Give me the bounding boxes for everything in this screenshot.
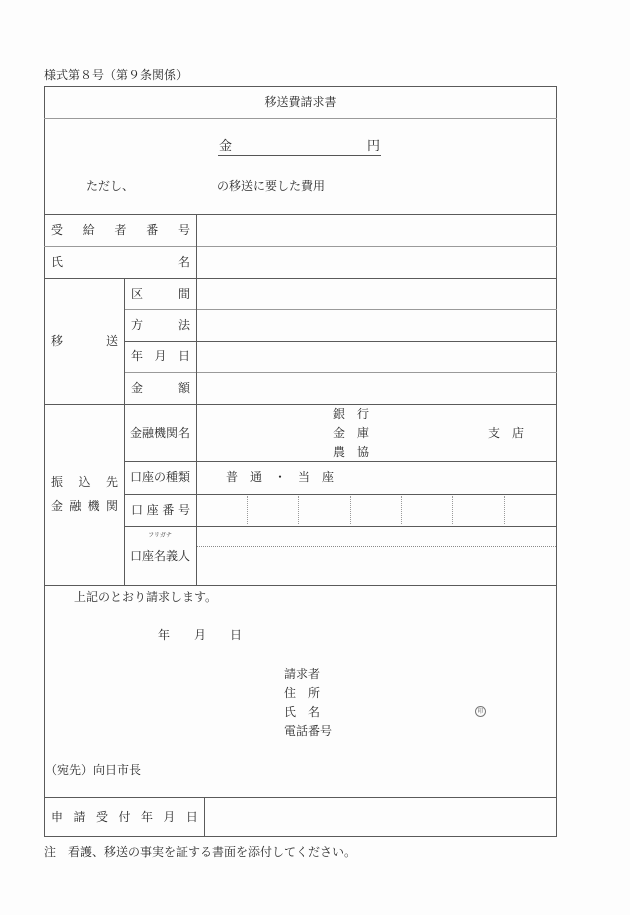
- divider: [44, 118, 557, 119]
- furigana-divider: [196, 546, 556, 547]
- divider: [124, 341, 557, 342]
- label-char: 機: [88, 500, 100, 512]
- label-char: 込: [78, 476, 90, 488]
- claimant-name-label: 氏 名: [284, 706, 320, 718]
- divider: [44, 404, 557, 405]
- method-field[interactable]: [198, 311, 555, 340]
- transport-date-label: 年 月 日: [131, 350, 190, 362]
- label-char: 名: [178, 256, 190, 268]
- label-char: 移: [51, 335, 63, 347]
- label-char: 間: [178, 288, 190, 300]
- label-char: 者: [114, 224, 126, 236]
- label-char: 号: [178, 224, 190, 236]
- phone-field[interactable]: [340, 722, 540, 739]
- institution-type-nokyo: 農 協: [333, 446, 369, 458]
- section-label: 区 間: [131, 288, 190, 300]
- account-holder-furigana-field[interactable]: [198, 528, 555, 545]
- label-char: 給: [83, 224, 95, 236]
- column-divider: [204, 797, 205, 836]
- divider: [124, 494, 557, 495]
- label-char: 月: [154, 350, 166, 362]
- purpose-input[interactable]: [130, 176, 215, 194]
- label-char: 金: [131, 382, 143, 394]
- receipt-date-label: 申 請 受 付 年 月 日: [51, 811, 198, 823]
- table-border-bottom: [44, 836, 557, 837]
- label-char: 区: [131, 288, 143, 300]
- label-char: 申: [51, 811, 63, 823]
- divider: [44, 214, 557, 215]
- name-label: 氏 名: [51, 256, 190, 268]
- account-number-label: 口 座 番 号: [131, 504, 190, 516]
- label-char: 受: [51, 224, 63, 236]
- divider: [44, 278, 557, 279]
- divider: [44, 86, 557, 87]
- label-char: 金: [51, 500, 63, 512]
- label-char: 方: [131, 319, 143, 331]
- label-char: 座: [147, 504, 159, 516]
- account-holder-label: 口座名義人: [130, 550, 190, 562]
- name-field[interactable]: [198, 248, 555, 277]
- divider: [44, 797, 557, 798]
- label-char: 氏: [51, 256, 63, 268]
- amount-field[interactable]: [218, 140, 381, 156]
- label-char: 振: [51, 476, 63, 488]
- divider: [124, 526, 557, 527]
- label-char: 年: [141, 811, 153, 823]
- divider: [124, 309, 557, 310]
- label-char: 月: [163, 811, 175, 823]
- claimant-name-field[interactable]: [330, 703, 470, 720]
- label-char: 融: [69, 500, 81, 512]
- label-char: 日: [178, 350, 190, 362]
- bank-label-line1: 振 込 先: [51, 476, 118, 488]
- form-number: 様式第８号（第９条関係）: [44, 69, 188, 81]
- institution-type-bank: 銀 行: [333, 408, 369, 420]
- transport-amount-label: 金 額: [131, 382, 190, 394]
- column-divider: [196, 214, 197, 585]
- recipient-number-label: 受 給 者 番 号: [51, 224, 190, 236]
- label-char: 額: [178, 382, 190, 394]
- label-char: 番: [146, 224, 158, 236]
- claimant-label: 請求者: [284, 668, 320, 680]
- footnote: 注 看護、移送の事実を証する書面を添付してください。: [44, 846, 356, 858]
- addressee: （宛先）向日市長: [45, 764, 141, 776]
- declaration-month: 月: [194, 629, 206, 641]
- seal-icon: 印: [475, 706, 486, 717]
- label-char: 送: [106, 335, 118, 347]
- receipt-date-field[interactable]: [206, 799, 555, 835]
- label-char: 関: [106, 500, 118, 512]
- table-border-left: [44, 86, 45, 836]
- label-char: 受: [96, 811, 108, 823]
- section-field[interactable]: [198, 280, 555, 308]
- label-char: 先: [106, 476, 118, 488]
- declaration-year: 年: [158, 629, 170, 641]
- label-char: 付: [118, 811, 130, 823]
- branch-label: 支 店: [488, 427, 524, 439]
- purpose-suffix: の移送に要した費用: [217, 180, 325, 192]
- transport-amount-field[interactable]: [198, 374, 555, 403]
- declaration-day: 日: [230, 629, 242, 641]
- amount-prefix: 金: [219, 140, 232, 153]
- divider: [44, 246, 557, 247]
- phone-label: 電話番号: [284, 725, 332, 737]
- label-char: 口: [131, 504, 143, 516]
- purpose-prefix: ただし、: [86, 180, 134, 192]
- form-title: 移送費請求書: [44, 96, 557, 108]
- furigana-label: フリガナ: [124, 533, 196, 539]
- label-char: 番: [162, 504, 174, 516]
- label-char: 年: [131, 350, 143, 362]
- institution-type-shinkin: 金 庫: [333, 427, 369, 439]
- account-type-label: 口座の種類: [130, 471, 190, 483]
- declaration-statement: 上記のとおり請求します。: [74, 591, 217, 603]
- address-label: 住 所: [284, 687, 320, 699]
- transport-date-field[interactable]: [198, 343, 555, 371]
- label-char: 号: [178, 504, 190, 516]
- amount-suffix: 円: [367, 140, 380, 153]
- divider: [124, 461, 557, 462]
- address-field[interactable]: [330, 684, 530, 701]
- divider: [44, 585, 557, 586]
- bank-label-line2: 金 融 機 関: [51, 500, 118, 512]
- method-label: 方 法: [131, 319, 190, 331]
- account-type-options[interactable]: 普 通 ・ 当 座: [226, 471, 334, 483]
- label-char: 日: [186, 811, 198, 823]
- institution-name-label: 金融機関名: [130, 427, 190, 439]
- label-char: 請: [73, 811, 85, 823]
- divider: [124, 372, 557, 373]
- label-char: 法: [178, 319, 190, 331]
- recipient-number-field[interactable]: [198, 216, 555, 245]
- account-holder-field[interactable]: [198, 548, 555, 584]
- transport-label: 移 送: [51, 335, 118, 347]
- account-number-field[interactable]: [198, 496, 555, 525]
